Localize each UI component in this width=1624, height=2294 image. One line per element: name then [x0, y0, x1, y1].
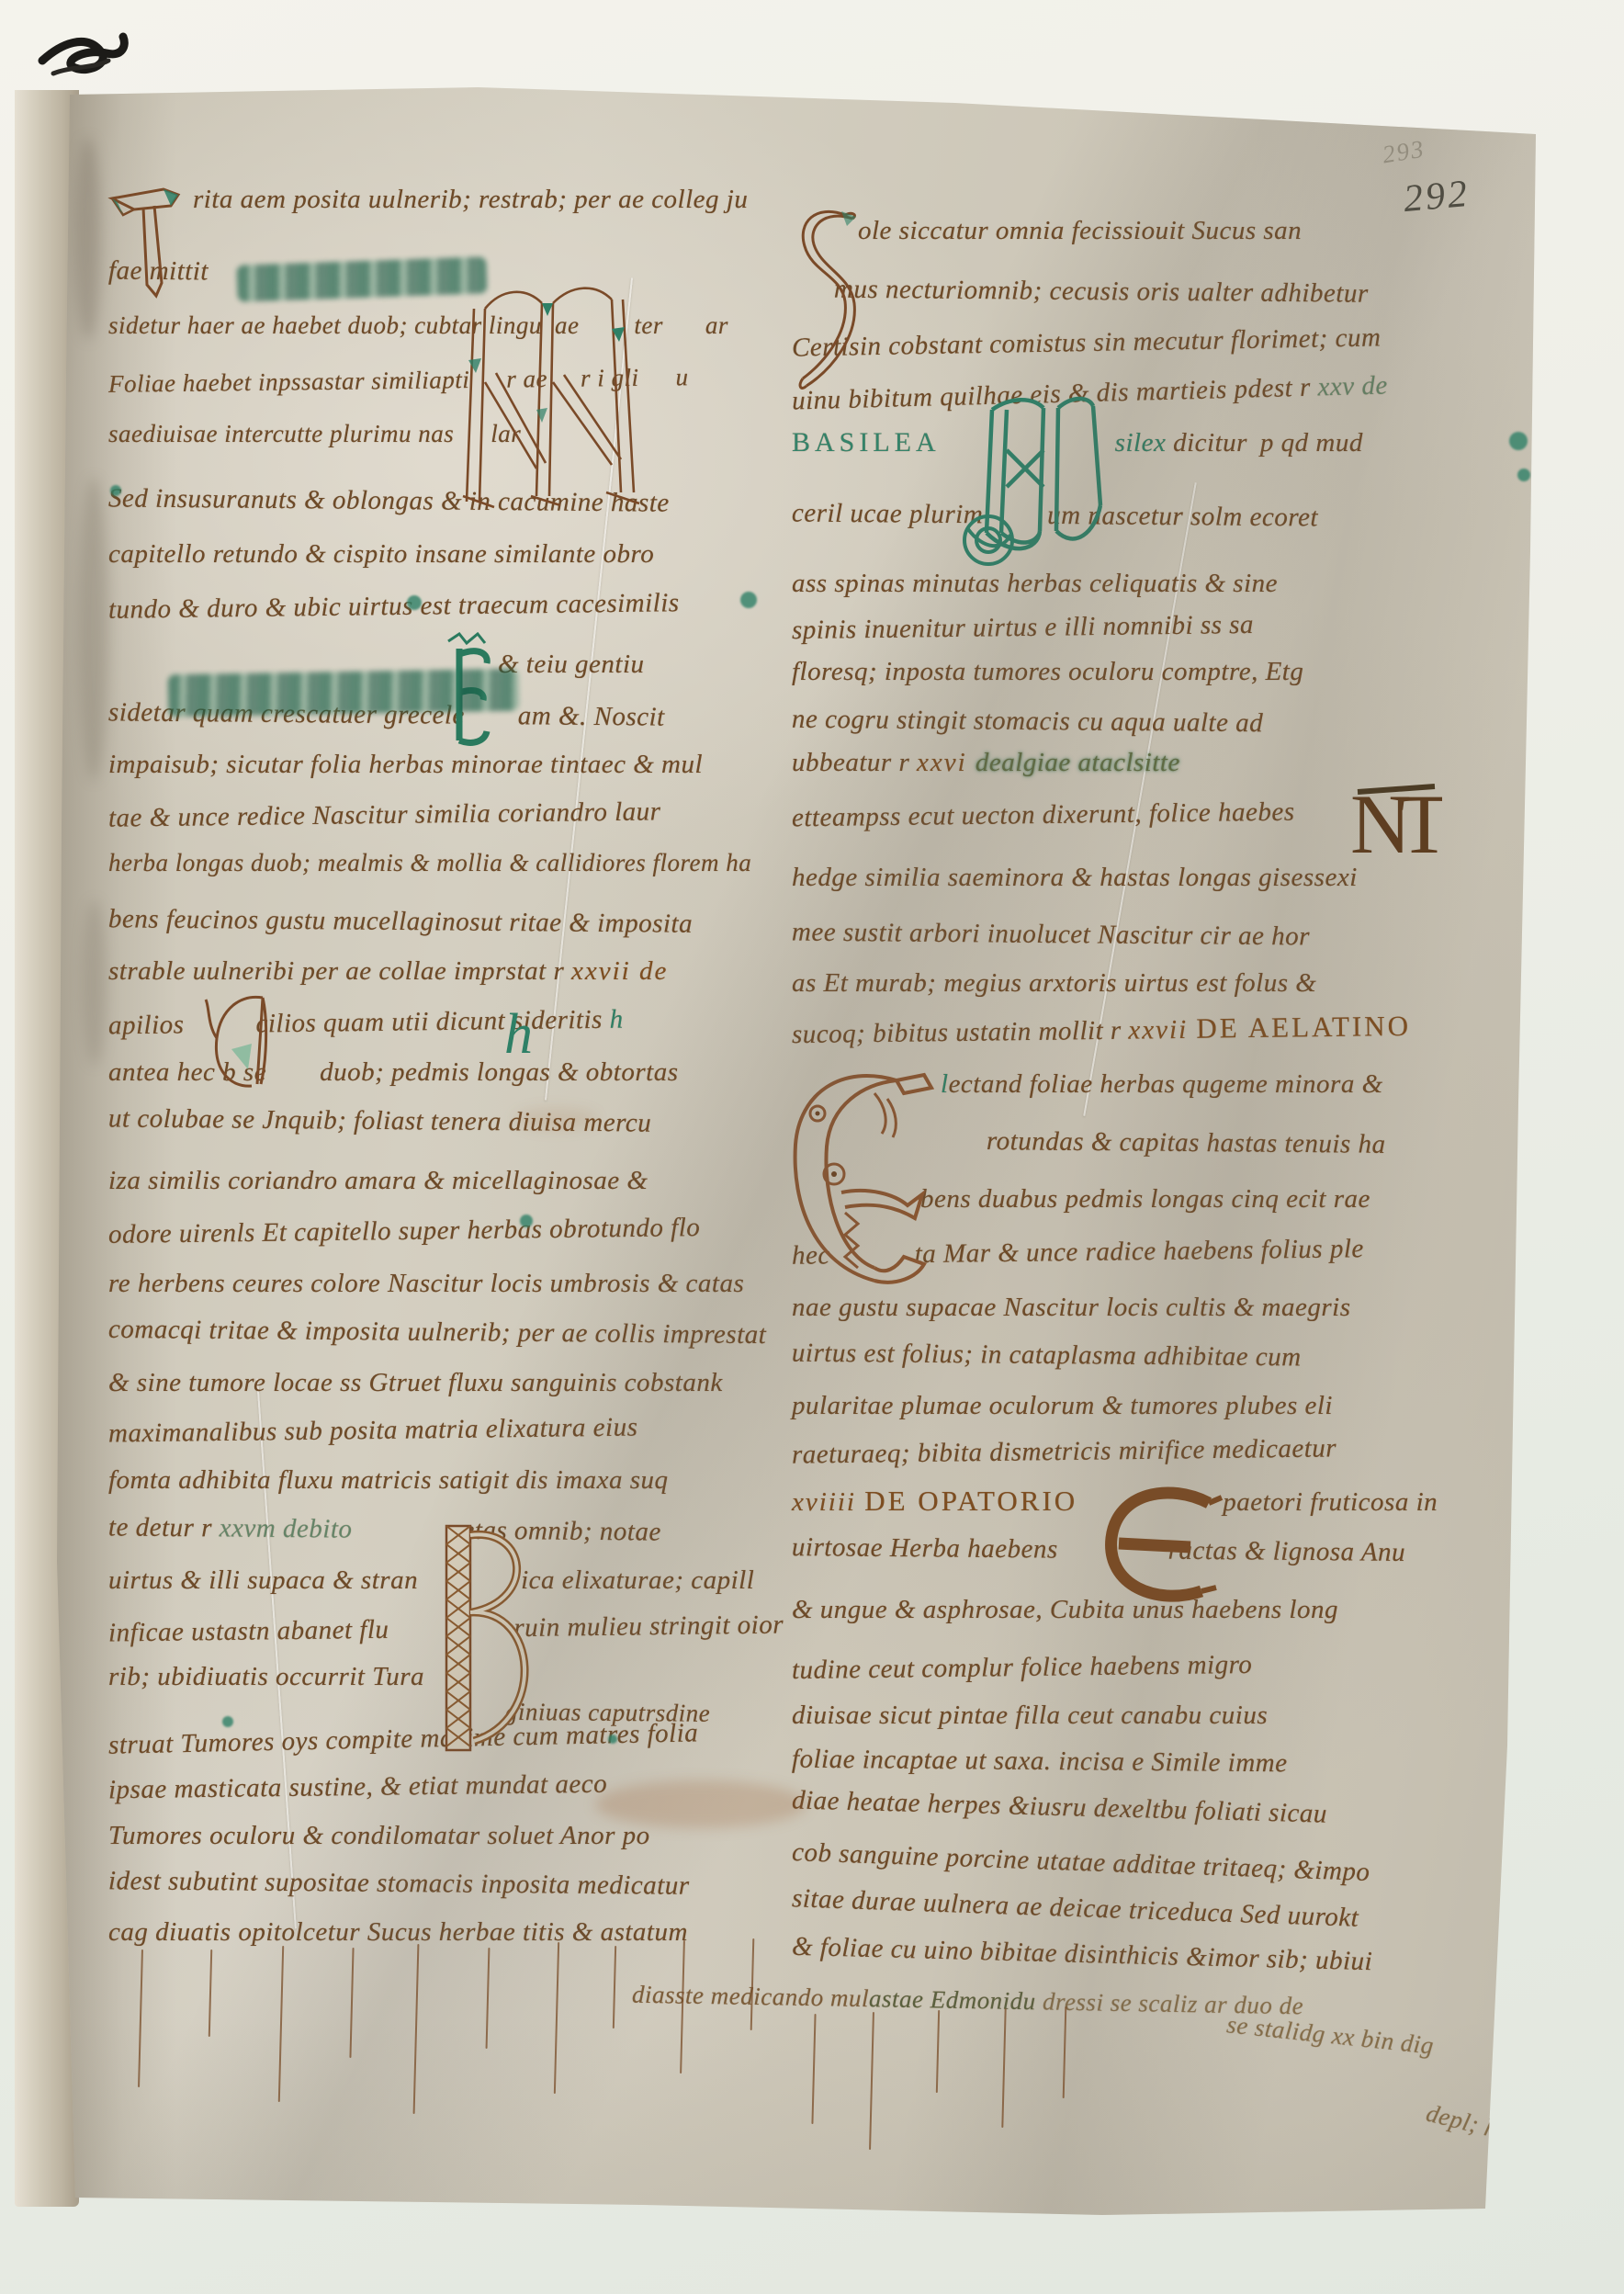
green-pigment-dot	[110, 485, 121, 496]
text-line: se stalidg xx bin dig	[1225, 2010, 1435, 2060]
initial-A	[204, 985, 277, 1095]
initial-h-green: h	[501, 1000, 543, 1066]
initial-M-monogram	[457, 272, 646, 525]
stain	[83, 900, 107, 1066]
initial-S	[788, 198, 866, 396]
stain	[595, 1780, 806, 1828]
green-pigment-dot	[222, 1716, 233, 1727]
green-pigment-dot	[1517, 469, 1530, 481]
green-pigment-dot	[608, 1735, 617, 1744]
green-ink-smudge	[168, 669, 520, 718]
initial-B-interlaced	[439, 1520, 540, 1757]
svg-text:h: h	[504, 1003, 533, 1066]
stain	[514, 1108, 597, 1130]
initial-NT: NT	[1350, 781, 1442, 873]
svg-text:NT: NT	[1350, 781, 1442, 871]
initial-E-fish	[786, 1057, 938, 1297]
manuscript-page: 293 292 rita aem posita uulnerib; restra…	[0, 0, 1624, 2294]
initial-T	[107, 175, 194, 308]
text-segment: astae Edmonidu	[869, 1984, 1043, 2015]
text-line: diasste medicando mulastae Edmonidu dres…	[632, 1981, 1304, 2020]
stain	[75, 138, 101, 340]
green-pigment-dot	[1509, 432, 1528, 450]
manuscript-photo: 293 292 rita aem posita uulnerib; restra…	[0, 0, 1624, 2294]
text-segment: depl; hr	[1424, 2099, 1511, 2146]
text-line: depl; hr	[1424, 2099, 1511, 2146]
text-segment: se stalidg xx bin dig	[1225, 2010, 1435, 2060]
initial-B-knot-green	[955, 395, 1121, 588]
green-pigment-dot	[740, 592, 757, 608]
green-pigment-dot	[520, 1215, 533, 1227]
green-pigment-dot	[407, 595, 422, 610]
initial-E-opatorio	[1091, 1479, 1229, 1610]
stain	[79, 478, 108, 781]
